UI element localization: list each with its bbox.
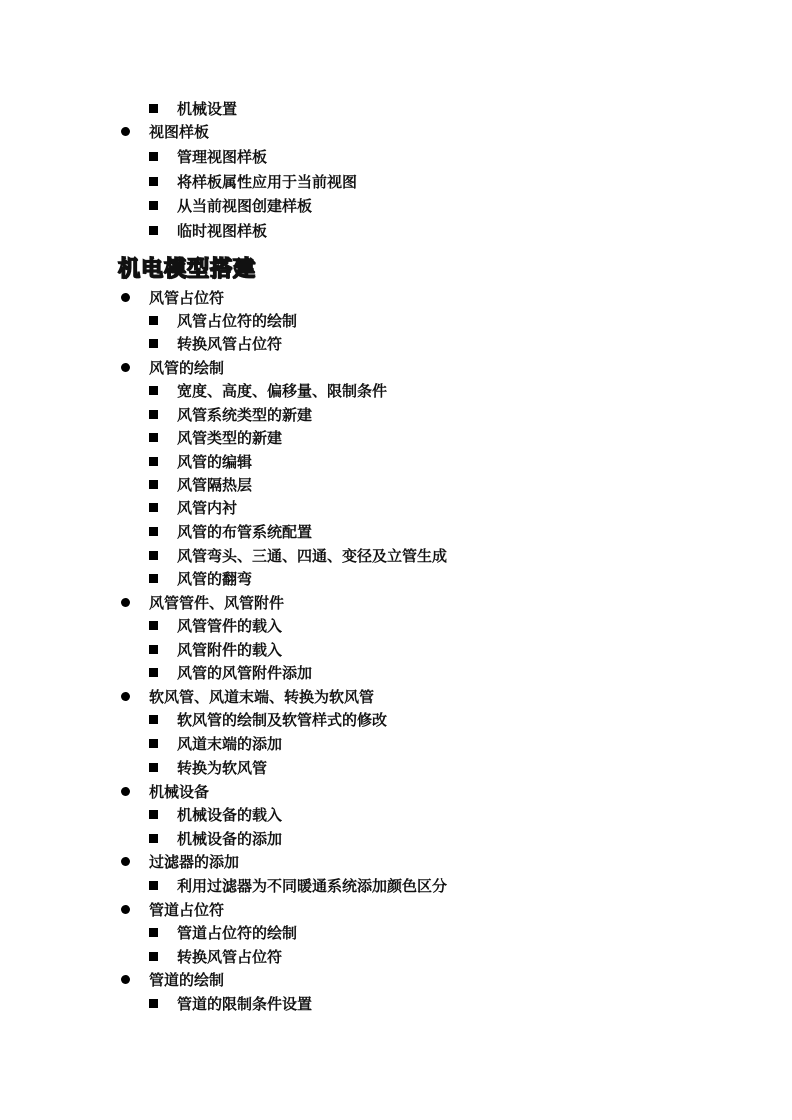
document-page: 机电模型搭建 机械设置视图样板管理视图样板将样板属性应用于当前视图从当前视图创建…: [0, 0, 792, 1120]
list-item-text: 转换风管占位符: [177, 333, 282, 355]
list-item-text: 风管的布管系统配置: [177, 521, 312, 543]
list-item-text: 风管弯头、三通、四通、变径及立管生成: [177, 545, 447, 567]
list-item-text: 宽度、高度、偏移量、限制条件: [177, 380, 387, 402]
round-bullet-icon: [121, 293, 130, 302]
round-bullet-icon: [121, 127, 130, 136]
square-bullet-icon: [149, 386, 158, 395]
list-item-text: 风道末端的添加: [177, 733, 282, 755]
list-item-text: 利用过滤器为不同暖通系统添加颜色区分: [177, 875, 447, 897]
round-bullet-icon: [121, 905, 130, 914]
square-bullet-icon: [149, 152, 158, 161]
list-item-text: 视图样板: [149, 121, 209, 143]
square-bullet-icon: [149, 834, 158, 843]
square-bullet-icon: [149, 881, 158, 890]
square-bullet-icon: [149, 645, 158, 654]
round-bullet-icon: [121, 787, 130, 796]
list-item-text: 风管管件的载入: [177, 615, 282, 637]
list-item-text: 转换为软风管: [177, 757, 267, 779]
list-item-text: 风管附件的载入: [177, 639, 282, 661]
list-item-text: 风管的风管附件添加: [177, 662, 312, 684]
square-bullet-icon: [149, 503, 158, 512]
list-item-text: 软风管的绘制及软管样式的修改: [177, 709, 387, 731]
square-bullet-icon: [149, 952, 158, 961]
list-item-text: 过滤器的添加: [149, 851, 239, 873]
list-item-text: 风管的编辑: [177, 451, 252, 473]
list-item-text: 风管隔热层: [177, 474, 252, 496]
square-bullet-icon: [149, 928, 158, 937]
square-bullet-icon: [149, 339, 158, 348]
square-bullet-icon: [149, 201, 158, 210]
list-item-text: 转换风管占位符: [177, 946, 282, 968]
square-bullet-icon: [149, 668, 158, 677]
list-item-text: 管理视图样板: [177, 146, 267, 168]
list-item-text: 从当前视图创建样板: [177, 195, 312, 217]
square-bullet-icon: [149, 574, 158, 583]
list-item-text: 机械设置: [177, 98, 237, 120]
square-bullet-icon: [149, 527, 158, 536]
square-bullet-icon: [149, 621, 158, 630]
list-item-text: 风管管件、风管附件: [149, 592, 284, 614]
list-item-text: 管道占位符的绘制: [177, 922, 297, 944]
square-bullet-icon: [149, 177, 158, 186]
list-item-text: 风管占位符的绘制: [177, 310, 297, 332]
list-item-text: 临时视图样板: [177, 220, 267, 242]
round-bullet-icon: [121, 598, 130, 607]
list-item-text: 风管内衬: [177, 497, 237, 519]
section-heading: 机电模型搭建: [118, 252, 256, 283]
list-item-text: 管道的绘制: [149, 969, 224, 991]
square-bullet-icon: [149, 810, 158, 819]
square-bullet-icon: [149, 715, 158, 724]
list-item-text: 机械设备: [149, 781, 209, 803]
square-bullet-icon: [149, 763, 158, 772]
list-item-text: 管道占位符: [149, 899, 224, 921]
square-bullet-icon: [149, 226, 158, 235]
square-bullet-icon: [149, 739, 158, 748]
round-bullet-icon: [121, 857, 130, 866]
round-bullet-icon: [121, 975, 130, 984]
list-item-text: 风管的翻弯: [177, 568, 252, 590]
square-bullet-icon: [149, 551, 158, 560]
square-bullet-icon: [149, 104, 158, 113]
square-bullet-icon: [149, 316, 158, 325]
square-bullet-icon: [149, 457, 158, 466]
list-item-text: 风管占位符: [149, 287, 224, 309]
list-item-text: 风管类型的新建: [177, 427, 282, 449]
square-bullet-icon: [149, 410, 158, 419]
list-item-text: 风管系统类型的新建: [177, 404, 312, 426]
list-item-text: 软风管、风道末端、转换为软风管: [149, 686, 374, 708]
round-bullet-icon: [121, 363, 130, 372]
list-item-text: 机械设备的载入: [177, 804, 282, 826]
square-bullet-icon: [149, 433, 158, 442]
square-bullet-icon: [149, 480, 158, 489]
list-item-text: 风管的绘制: [149, 357, 224, 379]
square-bullet-icon: [149, 999, 158, 1008]
list-item-text: 管道的限制条件设置: [177, 993, 312, 1015]
round-bullet-icon: [121, 692, 130, 701]
list-item-text: 将样板属性应用于当前视图: [177, 171, 357, 193]
list-item-text: 机械设备的添加: [177, 828, 282, 850]
